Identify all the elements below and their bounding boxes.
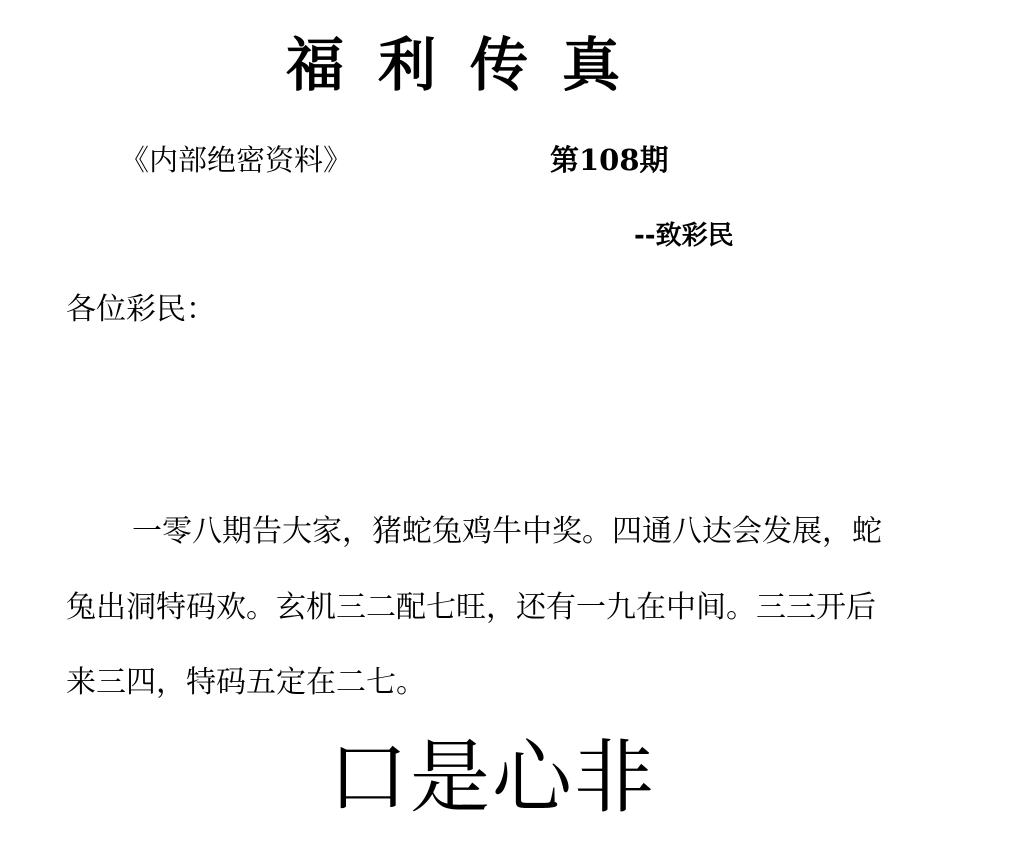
slogan: 口是心非 [328, 728, 656, 828]
issue-number: 第108期 [550, 140, 669, 180]
greeting: 各位彩民： [66, 290, 216, 330]
body-line: 兔出洞特码欢。玄机三二配七旺，还有一九在中间。三三开后 [66, 588, 876, 628]
dedication-line: --致彩民 [634, 218, 734, 254]
body-line: 来三四，特码五定在二七。 [66, 663, 426, 703]
document-title: 福利传真 [286, 30, 654, 100]
body-line: 一零八期告大家，猪蛇兔鸡牛中奖。四通八达会发展，蛇 [132, 512, 882, 552]
document-subtitle: 《内部绝密资料》 [120, 140, 352, 180]
